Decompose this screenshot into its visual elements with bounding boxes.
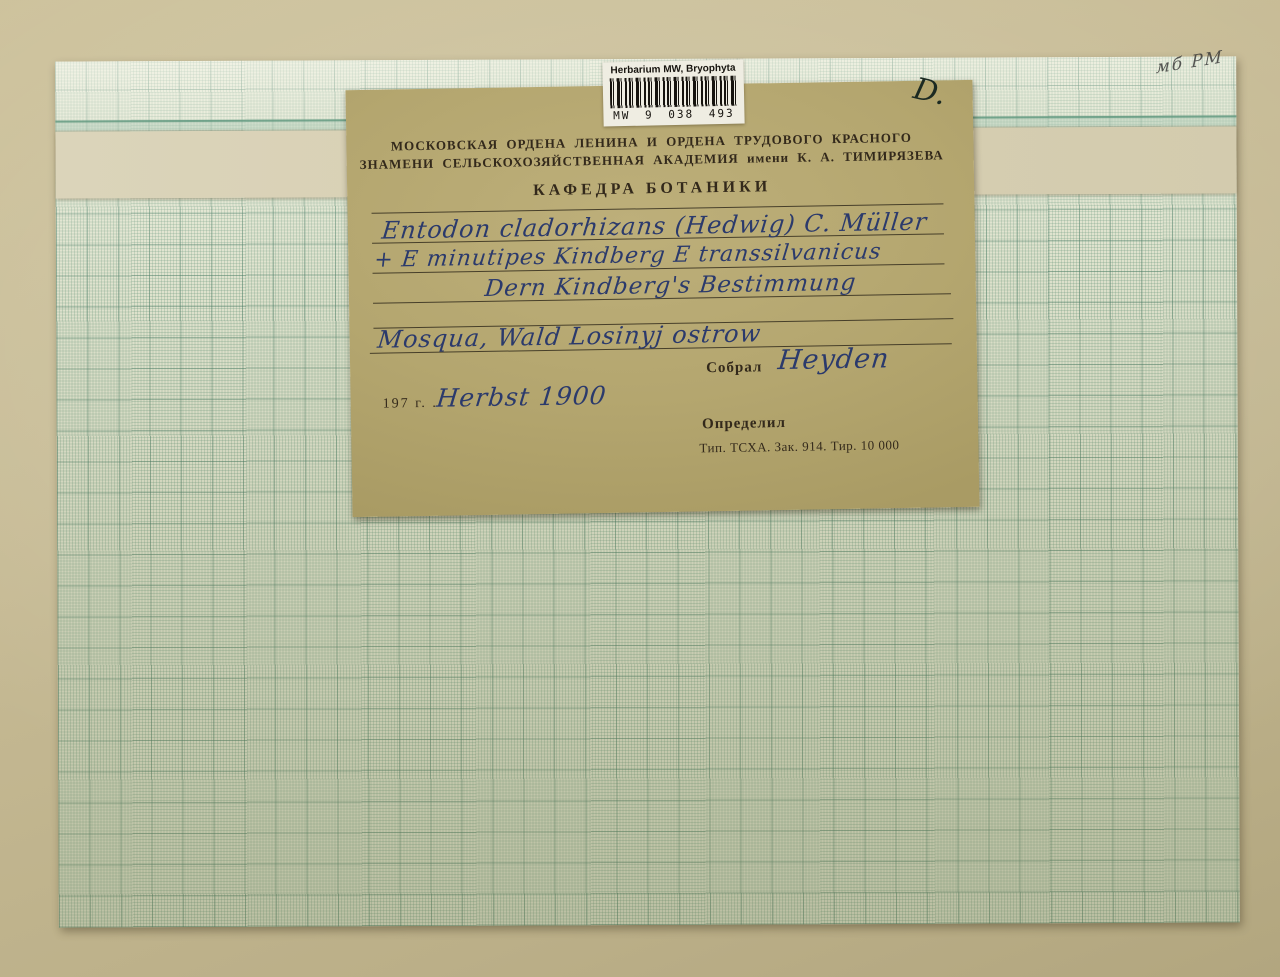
herbarium-title: Herbarium MW, Bryophyta — [602, 63, 743, 77]
collector-handwritten: Heyden — [776, 343, 891, 376]
barcode-number: MW 9 038 493 — [603, 107, 744, 123]
taxon-handwritten-line2: + E minutipes Kindberg E transsilvanicus — [373, 239, 883, 272]
barcode-icon — [610, 76, 738, 109]
determination-note-handwritten: Dern Kindberg's Bestimmung — [483, 270, 857, 302]
date-handwritten: Herbst 1900 — [435, 381, 608, 413]
year-prefix: 197 г. . — [383, 396, 438, 413]
collected-by-label: Собрал — [706, 359, 763, 377]
locality-handwritten: Mosqua, Wald Losinyj ostrow — [376, 319, 763, 353]
photo-backdrop: мб РМ МОСКОВСКАЯ ОРДЕНА ЛЕНИНА И ОРДЕНА … — [0, 0, 1280, 977]
determined-by-label: Определил — [702, 415, 786, 433]
barcode-sticker: Herbarium MW, Bryophyta MW 9 038 493 — [602, 60, 744, 127]
print-shop-info: Тип. ТСХА. Зак. 914. Тир. 10 000 — [699, 437, 899, 456]
corner-pencil-scribble: мб РМ — [1156, 39, 1275, 79]
specimen-label: МОСКОВСКАЯ ОРДЕНА ЛЕНИНА И ОРДЕНА ТРУДОВ… — [346, 80, 980, 517]
department-title: КАФЕДРА БОТАНИКИ — [357, 175, 947, 203]
ink-mark-d: D. — [910, 71, 950, 112]
